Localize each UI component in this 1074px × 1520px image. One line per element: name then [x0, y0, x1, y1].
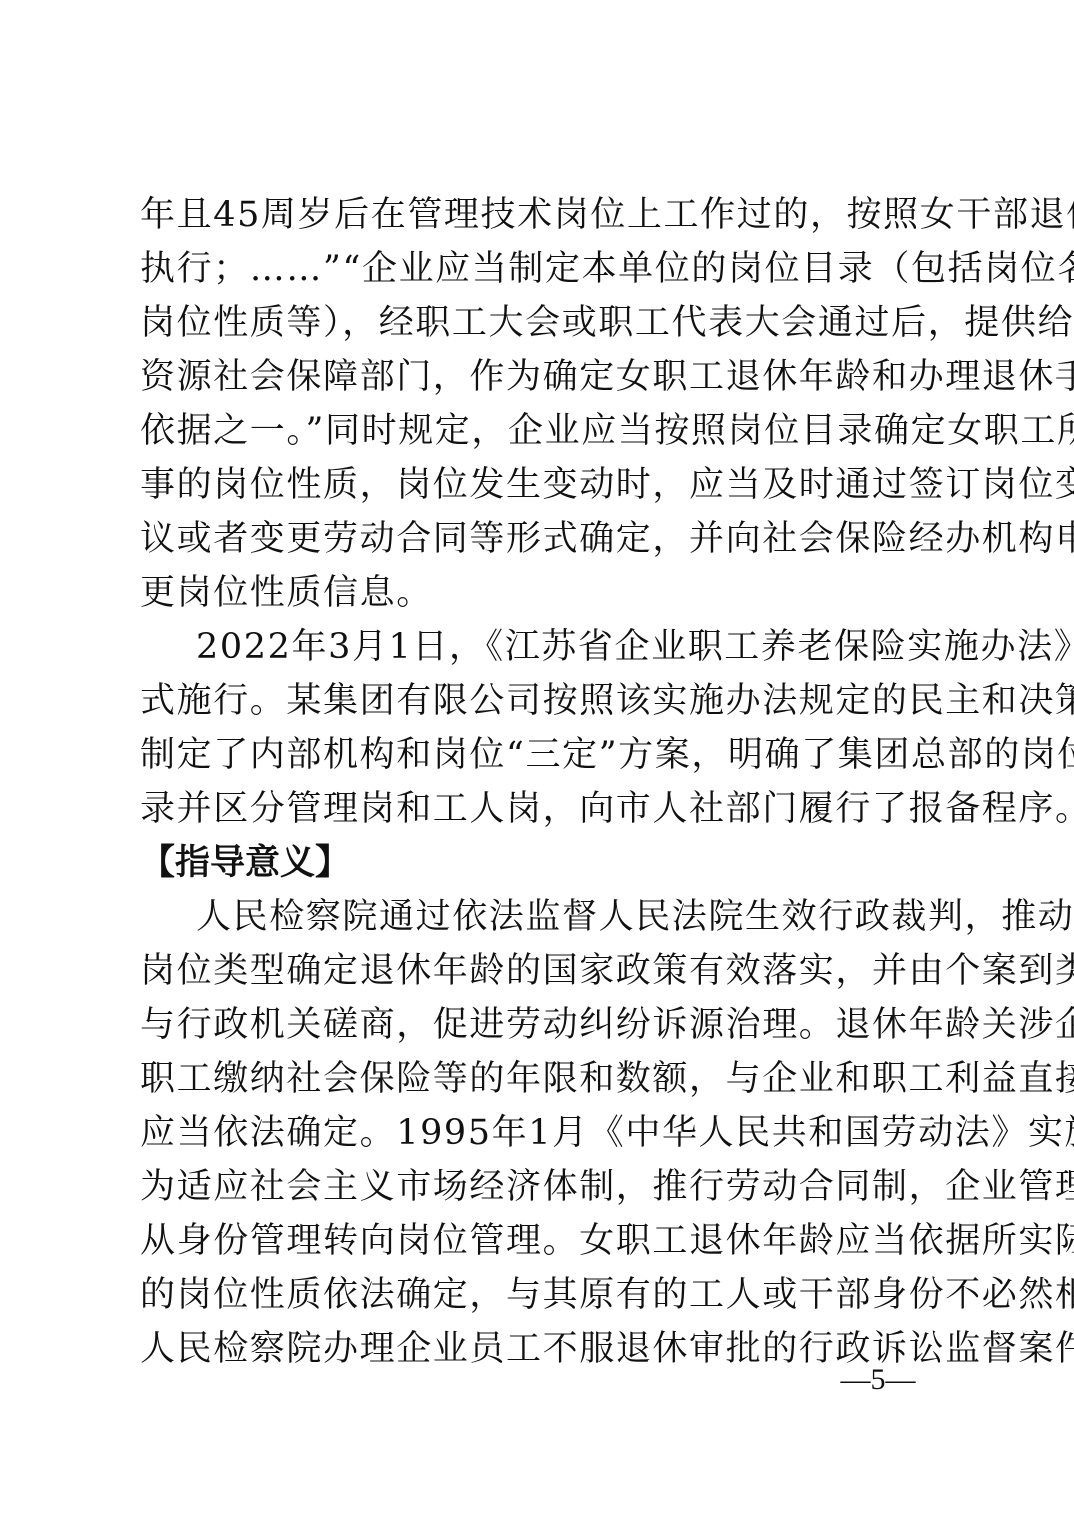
text-line: 人民检察院办理企业员工不服退休审批的行政诉讼监督案件，应 [140, 1322, 940, 1376]
text-line: 的岗位性质依法确定，与其原有的工人或干部身份不必然相关。 [140, 1268, 940, 1322]
text-line: 从身份管理转向岗位管理。女职工退休年龄应当依据所实际从事 [140, 1214, 940, 1268]
text-line: 应当依法确定。1995年1月《中华人民共和国劳动法》实施以后， [140, 1106, 940, 1160]
text-line: 职工缴纳社会保险等的年限和数额，与企业和职工利益直接相关， [140, 1052, 940, 1106]
page-number: —5— [838, 1362, 918, 1398]
text-line: 资源社会保障部门，作为确定女职工退休年龄和办理退休手续的 [140, 350, 940, 404]
text-line: 执行；……”“企业应当制定本单位的岗位目录（包括岗位名称、 [140, 242, 940, 296]
text-line: 人民检察院通过依法监督人民法院生效行政裁判，推动依据 [140, 890, 940, 944]
text-line: 事的岗位性质，岗位发生变动时，应当及时通过签订岗位变动协 [140, 458, 940, 512]
text-line: 岗位性质等），经职工大会或职工代表大会通过后，提供给人力 [140, 296, 940, 350]
text-line: 岗位类型确定退休年龄的国家政策有效落实，并由个案到类案， [140, 944, 940, 998]
text-line: 依据之一。”同时规定，企业应当按照岗位目录确定女职工所从 [140, 404, 940, 458]
document-body: 年且45周岁后在管理技术岗位上工作过的，按照女干部退休年龄 执行；……”“企业应… [140, 188, 940, 1376]
section-heading: 【指导意义】 [140, 836, 940, 890]
text-line: 制定了内部机构和岗位“三定”方案，明确了集团总部的岗位目 [140, 728, 940, 782]
text-line: 更岗位性质信息。 [140, 566, 940, 620]
text-line: 式施行。某集团有限公司按照该实施办法规定的民主和决策程序 [140, 674, 940, 728]
document-page: 年且45周岁后在管理技术岗位上工作过的，按照女干部退休年龄 执行；……”“企业应… [0, 0, 1074, 1520]
text-line: 2022年3月1日，《江苏省企业职工养老保险实施办法》正 [140, 620, 940, 674]
text-line: 为适应社会主义市场经济体制，推行劳动合同制，企业管理员工 [140, 1160, 940, 1214]
text-line: 年且45周岁后在管理技术岗位上工作过的，按照女干部退休年龄 [140, 188, 940, 242]
text-line: 议或者变更劳动合同等形式确定，并向社会保险经办机构申报变 [140, 512, 940, 566]
text-line: 与行政机关磋商，促进劳动纠纷诉源治理。退休年龄关涉企业和 [140, 998, 940, 1052]
text-line: 录并区分管理岗和工人岗，向市人社部门履行了报备程序。 [140, 782, 940, 836]
